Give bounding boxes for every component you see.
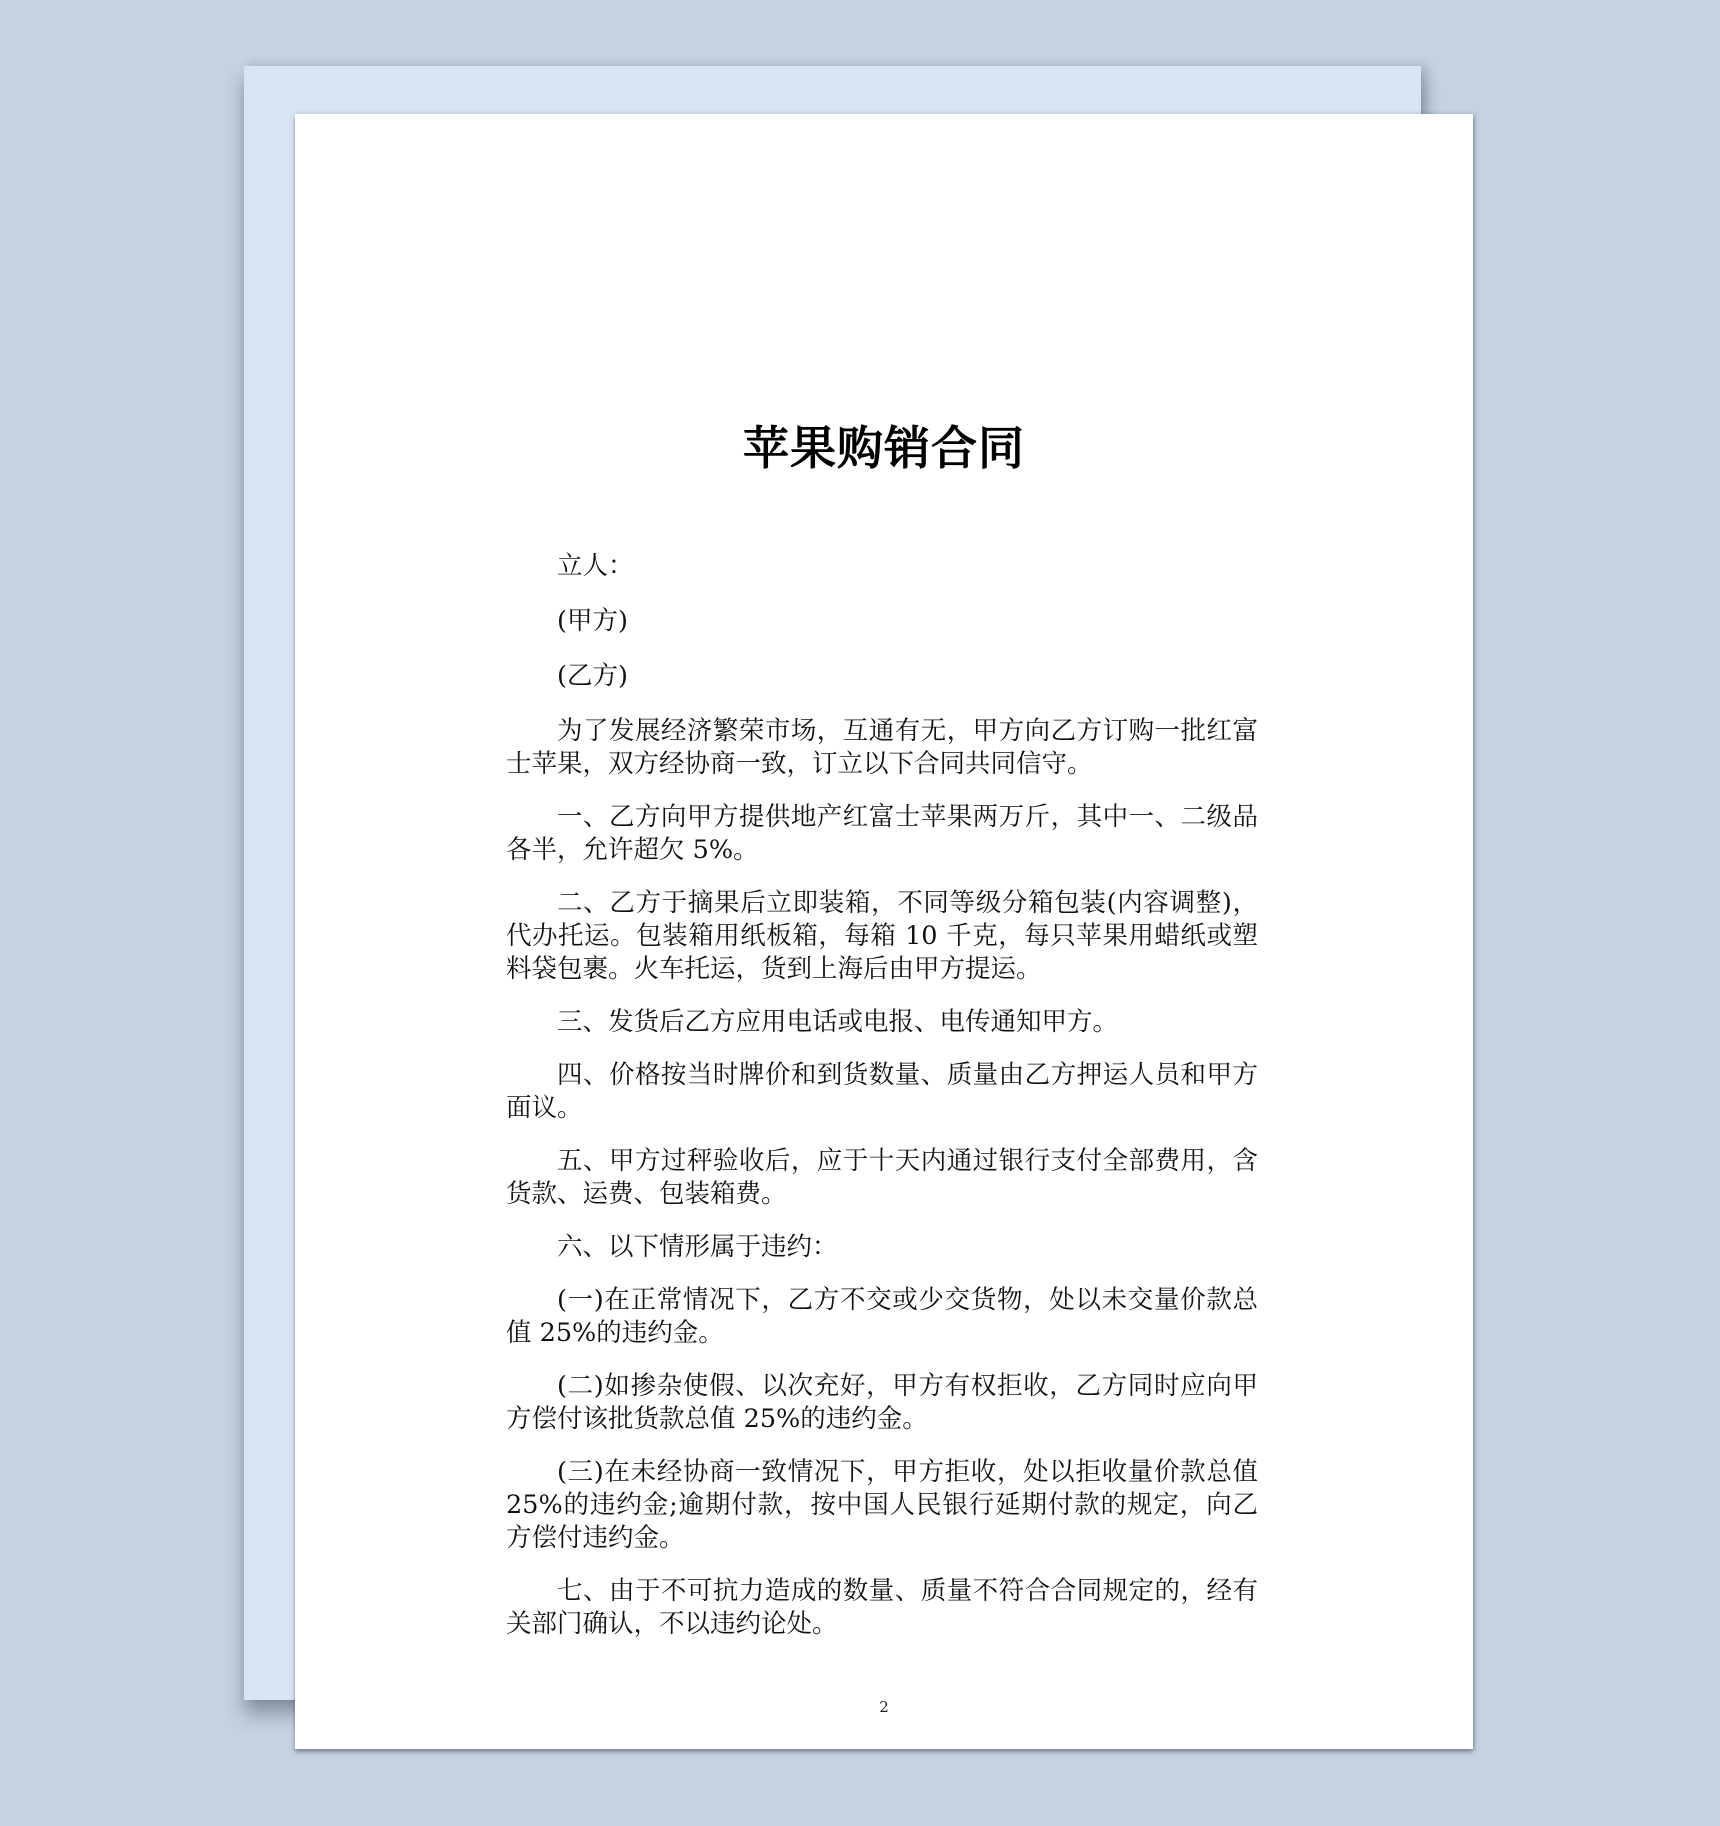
page-number: 2: [295, 1698, 1473, 1716]
clause-3: 三、发货后乙方应用电话或电报、电传通知甲方。: [506, 1006, 1258, 1039]
clause-6: 六、以下情形属于违约：: [506, 1231, 1258, 1264]
clause-7: 七、由于不可抗力造成的数量、质量不符合合同规定的，经有关部门确认，不以违约论处。: [506, 1575, 1258, 1641]
clause-4: 四、价格按当时牌价和到货数量、质量由乙方押运人员和甲方面议。: [506, 1059, 1258, 1125]
clause-5: 五、甲方过秤验收后，应于十天内通过银行支付全部费用，含货款、运费、包装箱费。: [506, 1145, 1258, 1211]
preamble-paragraph: 为了发展经济繁荣市场，互通有无，甲方向乙方订购一批红富士苹果，双方经协商一致，订…: [506, 715, 1258, 781]
clause-6-item-2: (二)如掺杂使假、以次充好，甲方有权拒收，乙方同时应向甲方偿付该批货款总值 25…: [506, 1370, 1258, 1436]
clause-2: 二、乙方于摘果后立即装箱，不同等级分箱包装(内容调整)，代办托运。包装箱用纸板箱…: [506, 887, 1258, 986]
party-b-line: (乙方): [506, 660, 1258, 693]
document-body: 立人： (甲方) (乙方) 为了发展经济繁荣市场，互通有无，甲方向乙方订购一批红…: [506, 550, 1258, 1661]
parties-label: 立人：: [506, 550, 1258, 583]
clause-6-item-1: (一)在正常情况下，乙方不交或少交货物，处以未交量价款总值 25%的违约金。: [506, 1284, 1258, 1350]
document-title: 苹果购销合同: [295, 412, 1473, 478]
clause-1: 一、乙方向甲方提供地产红富士苹果两万斤，其中一、二级品各半，允许超欠 5%。: [506, 801, 1258, 867]
clause-6-item-3: (三)在未经协商一致情况下，甲方拒收，处以拒收量价款总值25%的违约金;逾期付款…: [506, 1456, 1258, 1555]
document-page: 苹果购销合同 立人： (甲方) (乙方) 为了发展经济繁荣市场，互通有无，甲方向…: [295, 114, 1473, 1749]
party-a-line: (甲方): [506, 605, 1258, 638]
